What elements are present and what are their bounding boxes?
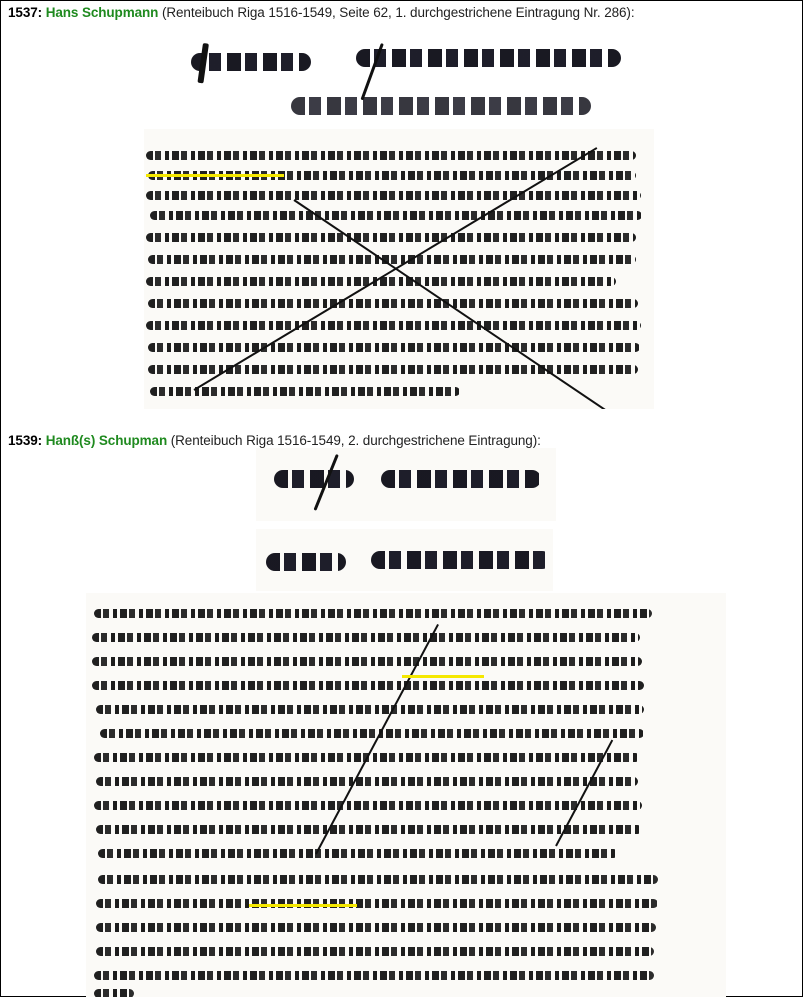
handwriting-line <box>148 255 636 264</box>
handwriting-line <box>96 947 654 956</box>
entry-citation: (Renteibuch Riga 1516-1549, Seite 62, 1.… <box>162 5 635 20</box>
handwriting-stroke <box>356 49 621 67</box>
handwriting-line <box>92 633 640 642</box>
cross-out-stroke <box>193 147 597 391</box>
manuscript-name-detail-image <box>141 29 641 121</box>
handwriting-line <box>146 191 641 200</box>
entry-person-name: Hans Schupmann <box>46 5 159 20</box>
handwriting-line <box>98 849 618 858</box>
handwriting-line <box>96 825 642 834</box>
entry-heading-1539: 1539: Hanß(s) Schupman (Renteibuch Riga … <box>8 433 541 449</box>
entry-year: 1539: <box>8 433 42 448</box>
handwriting-line <box>100 729 644 738</box>
handwriting-stroke <box>191 53 311 71</box>
entry-year: 1537: <box>8 5 42 20</box>
handwriting-line <box>96 777 638 786</box>
handwriting-line <box>94 989 134 997</box>
handwriting-line <box>92 681 644 690</box>
handwriting-stroke <box>381 470 541 488</box>
name-highlight-underline <box>249 904 357 907</box>
handwriting-line <box>94 609 652 618</box>
handwriting-line <box>146 151 636 160</box>
manuscript-entry-scan-image <box>144 129 654 409</box>
handwriting-stroke <box>291 97 591 115</box>
name-highlight-underline <box>146 174 284 177</box>
handwriting-line <box>146 233 636 242</box>
entry-heading-1537: 1537: Hans Schupmann (Renteibuch Riga 15… <box>8 5 634 21</box>
handwriting-line <box>94 971 654 980</box>
handwriting-line <box>94 801 642 810</box>
manuscript-name-detail-image <box>256 448 556 521</box>
handwriting-line <box>96 899 658 908</box>
handwriting-line <box>98 875 658 884</box>
handwriting-line <box>150 211 642 220</box>
handwriting-stroke <box>371 551 551 569</box>
handwriting-line <box>148 343 640 352</box>
handwriting-stroke <box>274 470 354 488</box>
page-frame: 1537: Hans Schupmann (Renteibuch Riga 15… <box>0 0 803 997</box>
handwriting-line <box>96 705 644 714</box>
entry-citation: (Renteibuch Riga 1516-1549, 2. durchgest… <box>171 433 541 448</box>
handwriting-line <box>92 657 642 666</box>
entry-person-name: Hanß(s) Schupman <box>46 433 167 448</box>
manuscript-name-detail-image <box>256 529 553 591</box>
handwriting-line <box>146 321 641 330</box>
name-highlight-underline <box>402 675 484 678</box>
handwriting-stroke <box>266 553 346 571</box>
handwriting-line <box>148 299 638 308</box>
handwriting-line <box>96 923 656 932</box>
manuscript-entry-scan-image <box>86 593 726 997</box>
